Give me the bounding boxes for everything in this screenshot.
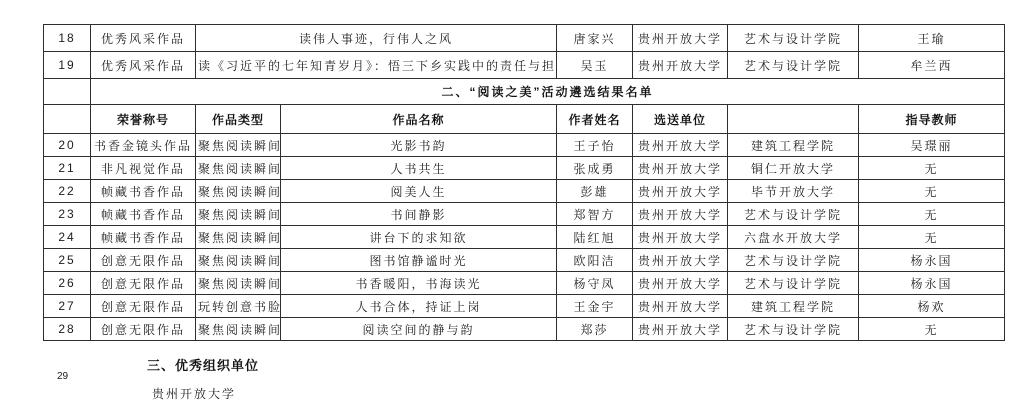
honor-cell: 创意无限作品 (91, 318, 196, 341)
college-cell: 艺术与设计学院 (728, 318, 859, 341)
author-cell: 王子怡 (557, 134, 633, 157)
college-cell: 艺术与设计学院 (728, 25, 859, 52)
college-cell: 建筑工程学院 (728, 295, 859, 318)
honor-cell: 非凡视觉作品 (91, 157, 196, 180)
type-cell: 聚焦阅读瞬间 (196, 249, 281, 272)
type-cell: 聚焦阅读瞬间 (196, 180, 281, 203)
unit-cell: 贵州开放大学 (633, 180, 728, 203)
name-cell: 阅读空间的静与韵 (281, 318, 557, 341)
seq-cell (44, 79, 91, 105)
document-page: 18 优秀风采作品 读伟人事迹，行伟人之风 唐家兴 贵州开放大学 艺术与设计学院… (0, 0, 1024, 417)
honor-cell: 创意无限作品 (91, 249, 196, 272)
honor-cell: 优秀风采作品 (91, 52, 196, 79)
author-header: 作者姓名 (557, 105, 633, 134)
seq-cell: 27 (44, 295, 91, 318)
table-row: 24 帧藏书香作品 聚焦阅读瞬间 讲台下的求知欲 陆红旭 贵州开放大学 六盘水开… (44, 226, 1005, 249)
college-cell: 艺术与设计学院 (728, 203, 859, 226)
results-table: 18 优秀风采作品 读伟人事迹，行伟人之风 唐家兴 贵州开放大学 艺术与设计学院… (43, 24, 1005, 341)
unit-cell: 贵州开放大学 (633, 318, 728, 341)
title-cell: 读伟人事迹，行伟人之风 (196, 25, 557, 52)
name-cell: 书间静影 (281, 203, 557, 226)
seq-label: 29 (57, 371, 68, 382)
seq-cell: 26 (44, 272, 91, 295)
name-cell: 书香暖阳，书海读光 (281, 272, 557, 295)
teacher-cell: 无 (859, 203, 1005, 226)
author-cell: 欧阳洁 (557, 249, 633, 272)
honor-cell: 书香金镜头作品 (91, 134, 196, 157)
author-cell: 唐家兴 (557, 25, 633, 52)
teacher-cell: 杨永国 (859, 249, 1005, 272)
name-cell: 人书合体，持证上岗 (281, 295, 557, 318)
type-cell: 聚焦阅读瞬间 (196, 157, 281, 180)
teacher-cell: 吴璟丽 (859, 134, 1005, 157)
college-cell: 建筑工程学院 (728, 134, 859, 157)
name-cell: 光影书韵 (281, 134, 557, 157)
teacher-header: 指导教师 (859, 105, 1005, 134)
teacher-cell: 杨永国 (859, 272, 1005, 295)
seq-cell: 24 (44, 226, 91, 249)
unit-cell: 贵州开放大学 (633, 52, 728, 79)
college-cell: 毕节开放大学 (728, 180, 859, 203)
table-row: 22 帧藏书香作品 聚焦阅读瞬间 阅美人生 彭雄 贵州开放大学 毕节开放大学 无 (44, 180, 1005, 203)
seq-header-cell (44, 105, 91, 134)
table-row: 20 书香金镜头作品 聚焦阅读瞬间 光影书韵 王子怡 贵州开放大学 建筑工程学院… (44, 134, 1005, 157)
honor-cell: 帧藏书香作品 (91, 226, 196, 249)
name-cell: 讲台下的求知欲 (281, 226, 557, 249)
table-row: 25 创意无限作品 聚焦阅读瞬间 图书馆静谧时光 欧阳洁 贵州开放大学 艺术与设… (44, 249, 1005, 272)
teacher-cell: 王瑜 (859, 25, 1005, 52)
unit-cell: 贵州开放大学 (633, 157, 728, 180)
college-header (728, 105, 859, 134)
title-cell: 读《习近平的七年知青岁月》：悟三下乡实践中的责任与担当 (196, 52, 557, 79)
section3-unit: 贵州开放大学 (152, 385, 236, 402)
honor-cell: 创意无限作品 (91, 272, 196, 295)
author-cell: 王金宇 (557, 295, 633, 318)
name-cell: 图书馆静谧时光 (281, 249, 557, 272)
type-header: 作品类型 (196, 105, 281, 134)
table-row: 18 优秀风采作品 读伟人事迹，行伟人之风 唐家兴 贵州开放大学 艺术与设计学院… (44, 25, 1005, 52)
unit-cell: 贵州开放大学 (633, 272, 728, 295)
table-row: 27 创意无限作品 玩转创意书脸 人书合体，持证上岗 王金宇 贵州开放大学 建筑… (44, 295, 1005, 318)
type-cell: 聚焦阅读瞬间 (196, 226, 281, 249)
honor-cell: 帧藏书香作品 (91, 180, 196, 203)
type-cell: 聚焦阅读瞬间 (196, 203, 281, 226)
seq-cell: 25 (44, 249, 91, 272)
seq-cell: 18 (44, 25, 91, 52)
table-row: 23 帧藏书香作品 聚焦阅读瞬间 书间静影 郑智方 贵州开放大学 艺术与设计学院… (44, 203, 1005, 226)
author-cell: 郑智方 (557, 203, 633, 226)
teacher-cell: 杨欢 (859, 295, 1005, 318)
section-title-row: 二、“阅读之美”活动遴选结果名单 (44, 79, 1005, 105)
honor-header: 荣誉称号 (91, 105, 196, 134)
unit-cell: 贵州开放大学 (633, 226, 728, 249)
seq-cell: 28 (44, 318, 91, 341)
seq-cell: 23 (44, 203, 91, 226)
unit-header: 选送单位 (633, 105, 728, 134)
teacher-cell: 无 (859, 180, 1005, 203)
section3-title: 三、优秀组织单位 (147, 355, 259, 374)
college-cell: 艺术与设计学院 (728, 52, 859, 79)
college-cell: 艺术与设计学院 (728, 272, 859, 295)
author-cell: 张成勇 (557, 157, 633, 180)
teacher-cell: 无 (859, 157, 1005, 180)
type-cell: 聚焦阅读瞬间 (196, 272, 281, 295)
author-cell: 彭雄 (557, 180, 633, 203)
teacher-cell: 无 (859, 226, 1005, 249)
honor-cell: 优秀风采作品 (91, 25, 196, 52)
unit-cell: 贵州开放大学 (633, 203, 728, 226)
author-cell: 吴玉 (557, 52, 633, 79)
unit-cell: 贵州开放大学 (633, 25, 728, 52)
unit-cell: 贵州开放大学 (633, 249, 728, 272)
table-row: 19 优秀风采作品 读《习近平的七年知青岁月》：悟三下乡实践中的责任与担当 吴玉… (44, 52, 1005, 79)
type-cell: 聚焦阅读瞬间 (196, 318, 281, 341)
seq-cell: 20 (44, 134, 91, 157)
honor-cell: 帧藏书香作品 (91, 203, 196, 226)
section-title: 二、“阅读之美”活动遴选结果名单 (91, 79, 1005, 105)
seq-cell: 19 (44, 52, 91, 79)
header-row: 荣誉称号 作品类型 作品名称 作者姓名 选送单位 指导教师 (44, 105, 1005, 134)
seq-cell: 21 (44, 157, 91, 180)
college-cell: 六盘水开放大学 (728, 226, 859, 249)
teacher-cell: 牟兰西 (859, 52, 1005, 79)
honor-cell: 创意无限作品 (91, 295, 196, 318)
table-row: 21 非凡视觉作品 聚焦阅读瞬间 人书共生 张成勇 贵州开放大学 铜仁开放大学 … (44, 157, 1005, 180)
teacher-cell: 无 (859, 318, 1005, 341)
unit-cell: 贵州开放大学 (633, 134, 728, 157)
name-header: 作品名称 (281, 105, 557, 134)
type-cell: 聚焦阅读瞬间 (196, 134, 281, 157)
name-cell: 人书共生 (281, 157, 557, 180)
college-cell: 铜仁开放大学 (728, 157, 859, 180)
table-row: 28 创意无限作品 聚焦阅读瞬间 阅读空间的静与韵 郑莎 贵州开放大学 艺术与设… (44, 318, 1005, 341)
author-cell: 郑莎 (557, 318, 633, 341)
type-cell: 玩转创意书脸 (196, 295, 281, 318)
author-cell: 杨守凤 (557, 272, 633, 295)
name-cell: 阅美人生 (281, 180, 557, 203)
unit-cell: 贵州开放大学 (633, 295, 728, 318)
author-cell: 陆红旭 (557, 226, 633, 249)
table-row: 26 创意无限作品 聚焦阅读瞬间 书香暖阳，书海读光 杨守凤 贵州开放大学 艺术… (44, 272, 1005, 295)
college-cell: 艺术与设计学院 (728, 249, 859, 272)
seq-cell: 22 (44, 180, 91, 203)
